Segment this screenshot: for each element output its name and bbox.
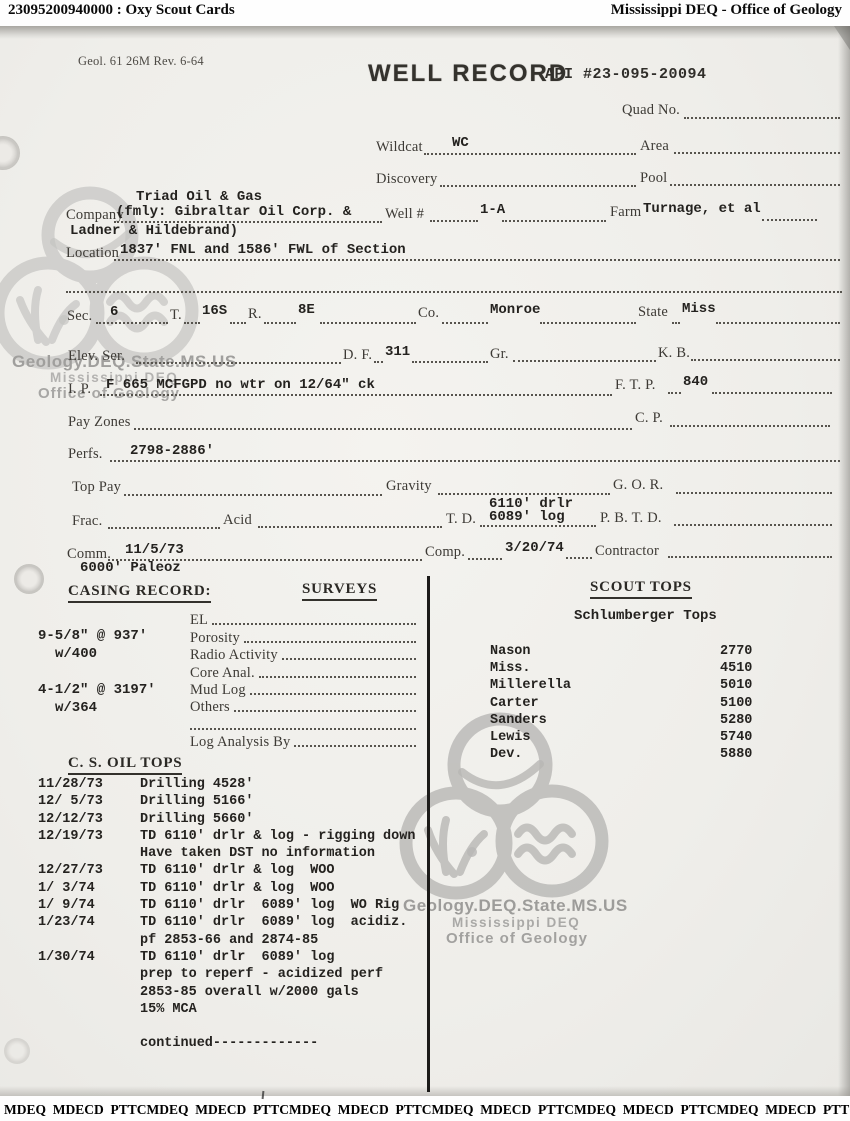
survey-label: Others <box>190 699 230 716</box>
dotted-line <box>294 745 416 747</box>
comp-value: 3/20/74 <box>505 540 564 556</box>
formation-name: Millerella <box>490 678 720 695</box>
dotted-line <box>108 527 220 529</box>
hole-punch <box>14 564 44 594</box>
log-text: prep to reperf - acidized perf <box>140 967 383 984</box>
acid-label: Acid <box>223 512 252 529</box>
log-date: 12/19/73 <box>38 829 140 846</box>
scout-top-row: Carter5100 <box>490 696 770 713</box>
dotted-line <box>672 322 680 324</box>
contractor-label: Contractor <box>595 543 659 560</box>
company-name-line1: Triad Oil & Gas <box>136 189 262 205</box>
watermark-deq-text: Mississippi DEQ <box>452 915 580 930</box>
formation-name: Sanders <box>490 713 720 730</box>
log-date <box>38 1019 140 1036</box>
survey-label: Porosity <box>190 630 240 647</box>
log-text: Drilling 5166' <box>140 794 253 811</box>
dotted-line <box>136 362 341 364</box>
survey-label: Mud Log <box>190 682 246 699</box>
form-title: WELL RECORD <box>368 60 568 88</box>
comm-value: 11/5/73 <box>125 542 184 558</box>
well-number-value: 1-A <box>480 202 505 218</box>
api-number: API #23-095-20094 <box>545 66 707 83</box>
log-date <box>38 1036 140 1053</box>
formation-name: Carter <box>490 696 720 713</box>
td-value-log: 6089' log <box>489 509 565 525</box>
company-name-line2: Ladner & Hildebrand) <box>70 223 238 239</box>
scout-top-row: Nason2770 <box>490 644 770 661</box>
log-text: Drilling 4528' <box>140 777 253 794</box>
log-text: continued------------- <box>140 1036 318 1053</box>
ip-label: I. P. <box>68 381 91 398</box>
dotted-line <box>184 322 200 324</box>
dotted-line <box>282 658 416 660</box>
log-text: TD 6110' drlr & log WOO <box>140 863 334 880</box>
log-text: pf 2853-66 and 2874-85 <box>140 933 318 950</box>
cp-label: C. P. <box>635 410 663 427</box>
dotted-line <box>674 152 840 154</box>
surveys-list: EL Porosity Radio Activity Core Anal. Mu… <box>190 612 416 751</box>
dotted-line <box>430 220 478 222</box>
survey-row: Radio Activity <box>190 647 416 664</box>
survey-row: Others <box>190 699 416 716</box>
log-row: 1/ 9/74TD 6110' drlr 6089' log WO Rig <box>38 898 430 915</box>
survey-label: Radio Activity <box>190 647 278 664</box>
formation-depth: 5280 <box>720 713 752 730</box>
log-analysis-row: Log Analysis By <box>190 734 416 751</box>
log-row: 15% MCA <box>38 1002 430 1019</box>
pool-label: Pool <box>640 170 667 187</box>
dotted-line <box>234 710 416 712</box>
log-date: 12/27/73 <box>38 863 140 880</box>
formation-depth: 5010 <box>720 678 752 695</box>
log-row: 12/27/73TD 6110' drlr & log WOO <box>38 863 430 880</box>
log-text: 15% MCA <box>140 1002 197 1019</box>
log-date <box>38 985 140 1002</box>
formation-depth: 5880 <box>720 747 752 764</box>
dotted-line <box>691 359 840 361</box>
comp-label: Comp. <box>425 544 465 561</box>
footer-stamp: MDEQ MDECD PTTC <box>147 1102 290 1118</box>
scan-header-right: Mississippi DEQ - Office of Geology <box>611 2 842 19</box>
pbtd-label: P. B. T. D. <box>600 510 662 527</box>
footer-stamp: MDEQ MDECD PTTC <box>574 1102 717 1118</box>
formation-depth: 5740 <box>720 730 752 747</box>
paper-bottom-edge-shadow <box>0 1086 850 1096</box>
log-row: Have taken DST no information <box>38 846 430 863</box>
log-row: 12/19/73TD 6110' drlr & log - rigging do… <box>38 829 430 846</box>
dotted-line <box>468 558 502 560</box>
casing-record-heading: CASING RECORD: <box>68 583 211 603</box>
log-date: 12/ 5/73 <box>38 794 140 811</box>
log-row: 1/ 3/74TD 6110' drlr & log WOO <box>38 881 430 898</box>
dotted-line <box>716 322 840 324</box>
drilling-log: 11/28/73Drilling 4528' 12/ 5/73Drilling … <box>38 777 430 1054</box>
wildcat-value: WC <box>452 135 469 151</box>
casing-entry-size: 9-5/8" @ 937' <box>38 628 147 644</box>
dotted-line <box>480 525 596 527</box>
log-analysis-label: Log Analysis By <box>190 734 290 751</box>
farm-label: Farm <box>610 204 641 221</box>
ftp-value: 840 <box>683 374 708 390</box>
dotted-line <box>124 494 382 496</box>
log-row: 11/28/73Drilling 4528' <box>38 777 430 794</box>
dotted-line <box>412 361 488 363</box>
survey-row: Mud Log <box>190 682 416 699</box>
quad-no-label: Quad No. <box>622 102 680 119</box>
dotted-line <box>440 185 636 187</box>
log-text: Drilling 5660' <box>140 812 253 829</box>
log-row: 2853-85 overall w/2000 gals <box>38 985 430 1002</box>
log-row: continued------------- <box>38 1036 430 1053</box>
survey-row-blank <box>190 716 416 733</box>
log-row: 12/12/73Drilling 5660' <box>38 812 430 829</box>
log-row: 1/23/74TD 6110' drlr 6089' log acidiz. <box>38 915 430 932</box>
log-date: 1/30/74 <box>38 950 140 967</box>
dotted-line <box>264 322 296 324</box>
range-value: 8E <box>298 302 315 318</box>
discovery-label: Discovery <box>376 171 437 188</box>
log-row: pf 2853-66 and 2874-85 <box>38 933 430 950</box>
survey-row: Porosity <box>190 629 416 646</box>
dotted-line <box>566 557 592 559</box>
dotted-line <box>212 623 416 625</box>
kb-label: K. B. <box>658 345 690 362</box>
scout-top-row: Millerella5010 <box>490 678 770 695</box>
dotted-line <box>684 117 840 119</box>
td-label: T. D. <box>446 511 476 528</box>
cs-oil-tops-heading: C. S. OIL TOPS <box>68 755 182 775</box>
dotted-line <box>110 460 840 462</box>
dotted-line <box>438 493 610 495</box>
form-number: Geol. 61 26M Rev. 6-64 <box>78 54 204 69</box>
elev-ser-label: Elev. Ser. <box>68 348 125 365</box>
formation-name: Lewis <box>490 730 720 747</box>
formation-depth: 4510 <box>720 661 752 678</box>
dotted-line <box>66 291 842 293</box>
dotted-line <box>190 728 416 730</box>
log-row: prep to reperf - acidized perf <box>38 967 430 984</box>
footer-stamp: MDEQ MDECD PTTC <box>4 1102 147 1118</box>
county-label: Co. <box>418 305 439 322</box>
survey-row: Core Anal. <box>190 664 416 681</box>
scan-edge-shadow <box>0 26 850 39</box>
ftp-label: F. T. P. <box>615 377 656 394</box>
dotted-line <box>259 676 416 678</box>
dotted-line <box>96 322 168 324</box>
dotted-line <box>374 361 383 363</box>
dotted-line <box>244 641 416 643</box>
dotted-line <box>712 392 832 394</box>
survey-label: EL <box>190 612 208 629</box>
scout-top-row: Dev.5880 <box>490 747 770 764</box>
scout-tops-subheading: Schlumberger Tops <box>574 608 717 624</box>
casing-entry-size: 4-1/2" @ 3197' <box>38 682 156 698</box>
township-label: T. <box>170 307 182 324</box>
df-value: 311 <box>385 344 410 360</box>
company-value: (fmly: Gibraltar Oil Corp. & <box>116 204 351 220</box>
gravity-label: Gravity <box>386 478 432 495</box>
log-row <box>38 1019 430 1036</box>
dotted-line <box>668 392 681 394</box>
dotted-line <box>676 492 832 494</box>
log-date <box>38 846 140 863</box>
surveys-heading: SURVEYS <box>302 581 377 601</box>
formation-depth: 5100 <box>720 696 752 713</box>
dotted-line <box>670 425 830 427</box>
log-text: Have taken DST no information <box>140 846 375 863</box>
dotted-line <box>670 184 840 186</box>
range-label: R. <box>248 306 262 323</box>
dotted-line <box>668 556 832 558</box>
paper-right-edge-shadow <box>838 26 850 1096</box>
log-date: 1/23/74 <box>38 915 140 932</box>
top-pay-label: Top Pay <box>72 479 121 496</box>
dotted-line <box>258 526 442 528</box>
dotted-line <box>442 322 488 324</box>
township-value: 16S <box>202 303 227 319</box>
area-label: Area <box>640 138 669 155</box>
stray-mark <box>262 1091 265 1099</box>
watermark-url-text: Geology.DEQ.State.MS.US <box>403 896 628 916</box>
gor-label: G. O. R. <box>613 477 663 494</box>
location-label: Location <box>66 245 119 262</box>
log-row: 1/30/74TD 6110' drlr 6089' log <box>38 950 430 967</box>
location-value: 1837' FNL and 1586' FWL of Section <box>120 242 406 258</box>
formation-name: Dev. <box>490 747 720 764</box>
casing-entry-cement: w/400 <box>55 646 97 662</box>
log-text: TD 6110' drlr 6089' log <box>140 950 334 967</box>
well-number-label: Well # <box>385 206 424 223</box>
log-date: 12/12/73 <box>38 812 140 829</box>
log-date <box>38 967 140 984</box>
dotted-line <box>424 153 636 155</box>
log-date: 11/28/73 <box>38 777 140 794</box>
gr-label: Gr. <box>490 346 509 363</box>
formation-depth: 2770 <box>720 644 752 661</box>
dotted-line <box>230 322 246 324</box>
dotted-line <box>762 219 817 221</box>
farm-value: Turnage, et al <box>643 201 761 217</box>
watermark-office-text: Office of Geology <box>446 930 588 947</box>
formation-name: Miss. <box>490 661 720 678</box>
log-text: TD 6110' drlr 6089' log acidiz. <box>140 915 407 932</box>
log-date: 1/ 3/74 <box>38 881 140 898</box>
dotted-line <box>320 322 416 324</box>
log-date <box>38 1002 140 1019</box>
footer-stamp: MDEQ MDECD PTTC <box>432 1102 575 1118</box>
wildcat-label: Wildcat <box>376 139 423 156</box>
dotted-line <box>674 524 832 526</box>
perfs-label: Perfs. <box>68 446 103 463</box>
scout-top-row: Lewis5740 <box>490 730 770 747</box>
ip-value: F 665 MCFGPD no wtr on 12/64" ck <box>106 377 375 393</box>
county-value: Monroe <box>490 302 540 318</box>
dotted-line <box>134 428 632 430</box>
log-text: TD 6110' drlr & log WOO <box>140 881 334 898</box>
survey-label: Core Anal. <box>190 665 255 682</box>
scanned-well-record-page: 23095200940000 : Oxy Scout Cards Mississ… <box>0 0 850 1121</box>
scout-tops-heading: SCOUT TOPS <box>590 579 692 599</box>
hole-punch <box>4 1038 30 1064</box>
dotted-line <box>100 394 612 396</box>
scout-top-row: Sanders5280 <box>490 713 770 730</box>
dotted-line <box>114 259 840 261</box>
perfs-value: 2798-2886' <box>130 443 214 459</box>
df-label: D. F. <box>343 347 372 364</box>
scout-tops-table: Nason2770 Miss.4510 Millerella5010 Carte… <box>490 644 770 764</box>
footer-stamp: MDEQ MDECD PTTC <box>717 1102 850 1118</box>
dotted-line <box>250 693 416 695</box>
footer-stamp: MDEQ MDECD PTTC <box>289 1102 432 1118</box>
log-date <box>38 933 140 950</box>
sec-value: 6 <box>110 304 118 320</box>
dotted-line <box>513 360 656 362</box>
scan-footer: MDEQ MDECD PTTC MDEQ MDECD PTTC MDEQ MDE… <box>4 1102 846 1118</box>
formation-name: Nason <box>490 644 720 661</box>
log-date: 1/ 9/74 <box>38 898 140 915</box>
scout-top-row: Miss.4510 <box>490 661 770 678</box>
pay-zones-label: Pay Zones <box>68 414 131 431</box>
log-text: TD 6110' drlr & log - rigging down <box>140 829 415 846</box>
state-label: State <box>638 304 668 321</box>
dotted-line <box>502 220 606 222</box>
frac-label: Frac. <box>72 513 102 530</box>
casing-entry-cement: w/364 <box>55 700 97 716</box>
survey-row: EL <box>190 612 416 629</box>
log-text: 2853-85 overall w/2000 gals <box>140 985 359 1002</box>
sec-label: Sec. <box>67 308 92 325</box>
comm-note: 6000' Paleoz <box>80 560 181 576</box>
state-value: Miss <box>682 301 716 317</box>
dotted-line <box>540 322 636 324</box>
scan-header-left: 23095200940000 : Oxy Scout Cards <box>8 2 235 19</box>
log-text: TD 6110' drlr 6089' log WO Rig <box>140 898 399 915</box>
log-row: 12/ 5/73Drilling 5166' <box>38 794 430 811</box>
